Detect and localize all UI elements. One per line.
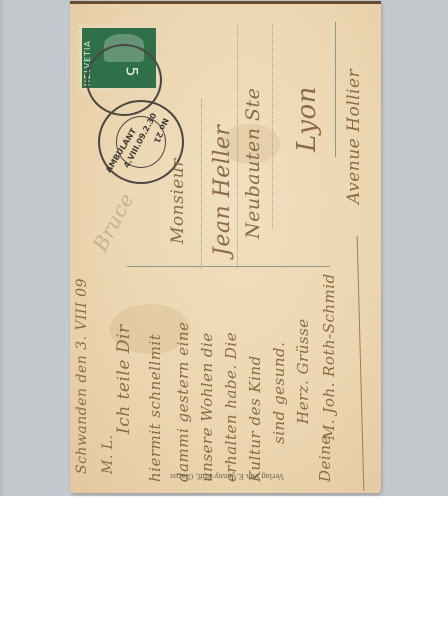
message-line: Schwanden den 3. VIII 09 [74, 278, 90, 474]
hand-drawn-line [357, 236, 365, 491]
address-line: Avenue Hollier [344, 69, 364, 204]
postcard-back: HELVETIA 5 AMBULANT 4.VIII.09.2.30 No 21… [70, 1, 381, 493]
address-rule [201, 99, 202, 269]
message-line: sind gesund. [270, 342, 288, 444]
message-line: unsere Wohlen die [198, 332, 216, 482]
message-line: Herz. Grüsse [294, 318, 312, 424]
message-line: M. Joh. Roth-Schmid [320, 273, 338, 440]
publisher-imprint: Verlag von E. Jenny-Pfiff, Glarus [170, 472, 284, 480]
message-line: erhalten habe. Die [222, 332, 240, 482]
message-line: dammi gestern eine [174, 322, 192, 482]
address-rule [272, 24, 273, 229]
message-line: Kultur des Kind [246, 355, 264, 482]
message-line: hiermit schnellmit [146, 334, 164, 482]
message-line: Ich teile Dir [114, 324, 134, 434]
address-line: Jean Heller [210, 125, 235, 256]
address-rule [335, 22, 336, 157]
message-line: M. L. [100, 435, 116, 474]
address-line: Lyon [292, 86, 322, 152]
divider-line [127, 266, 330, 267]
message-line: Deine [316, 435, 334, 482]
address-line: Neubauten Ste [242, 88, 264, 239]
address-rule [237, 24, 238, 269]
address-line: Monsieur [168, 158, 188, 244]
pencil-note: Bruce [88, 189, 139, 256]
